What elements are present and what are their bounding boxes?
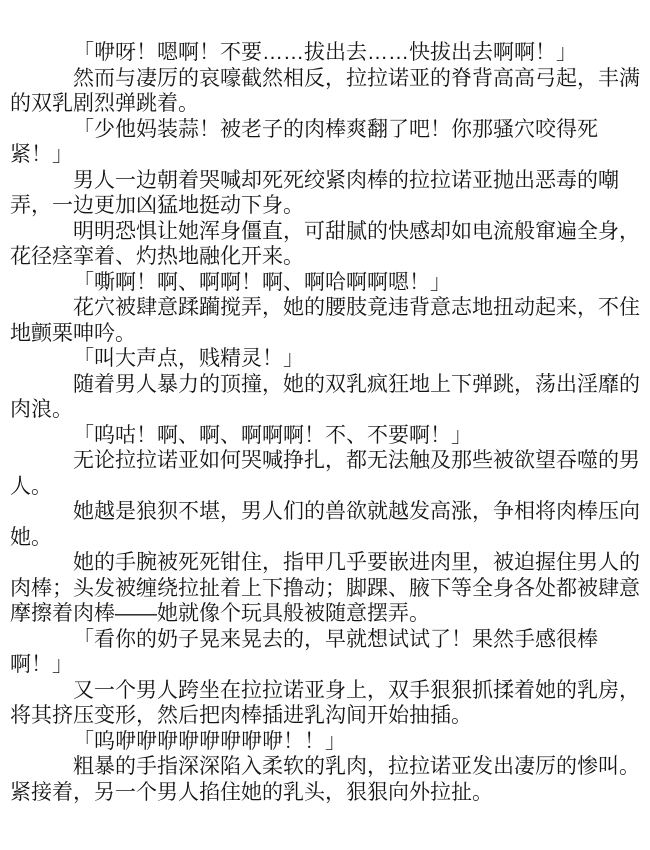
paragraph-dialogue: 「嘶啊！啊、啊啊！啊、啊哈啊啊嗯！」: [10, 270, 640, 296]
paragraph-narration: 随着男人暴力的顶撞，她的双乳疯狂地上下弹跳，荡出淫靡的肉浪。: [10, 372, 640, 423]
paragraph-narration: 又一个男人跨坐在拉拉诺亚身上，双手狠狠抓揉着她的乳房，将其挤压变形，然后把肉棒插…: [10, 678, 640, 729]
paragraph-dialogue: 「少他妈装蒜！被老子的肉棒爽翻了吧！你那骚穴咬得死紧！」: [10, 117, 640, 168]
paragraph-narration: 她的手腕被死死钳住，指甲几乎要嵌进肉里，被迫握住男人的肉棒；头发被缠绕拉扯着上下…: [10, 550, 640, 627]
paragraph-narration: 明明恐惧让她浑身僵直，可甜腻的快感却如电流般窜遍全身，花径痉挛着、灼热地融化开来…: [10, 219, 640, 270]
paragraph-dialogue: 「呜咕！啊、啊、啊啊啊！不、不要啊！」: [10, 423, 640, 449]
paragraph-narration: 粗暴的手指深深陷入柔软的乳肉，拉拉诺亚发出凄厉的惨叫。紧接着，另一个男人掐住她的…: [10, 754, 640, 805]
paragraph-narration: 然而与凄厉的哀嚎截然相反，拉拉诺亚的脊背高高弓起，丰满的双乳剧烈弹跳着。: [10, 66, 640, 117]
paragraph-narration: 男人一边朝着哭喊却死死绞紧肉棒的拉拉诺亚抛出恶毒的嘲弄，一边更加凶猛地挺动下身。: [10, 168, 640, 219]
paragraph-dialogue: 「叫大声点，贱精灵！」: [10, 346, 640, 372]
paragraph-narration: 花穴被肆意蹂躏搅弄，她的腰肢竟违背意志地扭动起来，不住地颤栗呻吟。: [10, 295, 640, 346]
paragraph-dialogue: 「呜咿咿咿咿咿咿咿咿！！」: [10, 729, 640, 755]
paragraph-dialogue: 「咿呀！嗯啊！不要……拔出去……快拔出去啊啊！」: [10, 40, 640, 66]
paragraph-narration: 她越是狼狈不堪，男人们的兽欲就越发高涨，争相将肉棒压向她。: [10, 499, 640, 550]
reader-page: 「咿呀！嗯啊！不要……拔出去……快拔出去啊啊！」 然而与凄厉的哀嚎截然相反，拉拉…: [0, 0, 650, 850]
paragraph-narration: 无论拉拉诺亚如何哭喊挣扎，都无法触及那些被欲望吞噬的男人。: [10, 448, 640, 499]
paragraph-dialogue: 「看你的奶子晃来晃去的，早就想试试了！果然手感很棒啊！」: [10, 627, 640, 678]
